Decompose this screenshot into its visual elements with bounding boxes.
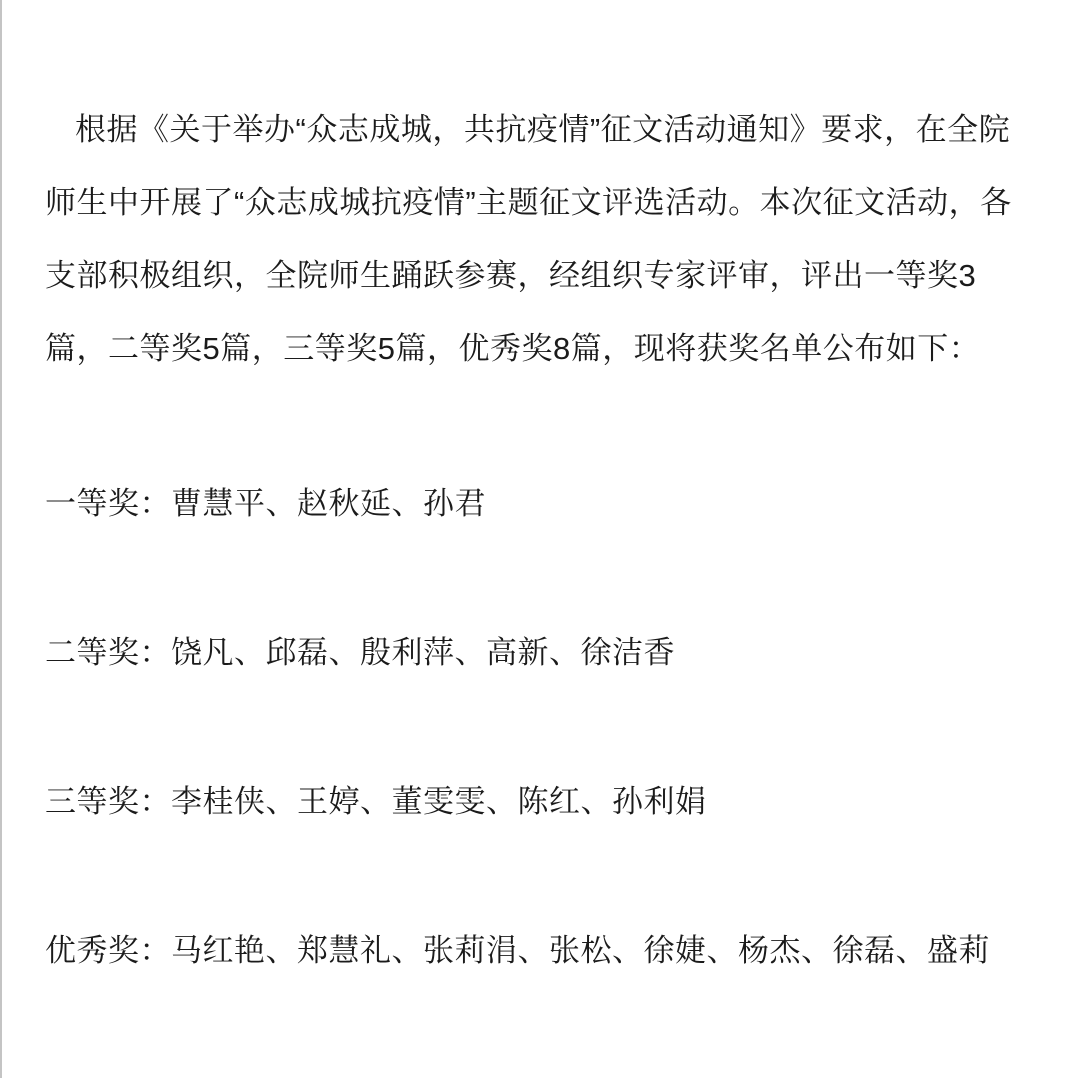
award-list: 一等奖：曹慧平、赵秋延、孙君 二等奖：饶凡、邱磊、殷利萍、高新、徐洁香 三等奖：… bbox=[45, 467, 1038, 987]
award-label-first-prize: 一等奖 bbox=[45, 486, 140, 521]
award-names-second-prize: 饶凡、邱磊、殷利萍、高新、徐洁香 bbox=[171, 635, 675, 670]
award-label-second-prize: 二等奖 bbox=[45, 635, 140, 670]
award-line-second-prize: 二等奖：饶凡、邱磊、殷利萍、高新、徐洁香 bbox=[45, 616, 1038, 689]
paragraph-line-3: 支部积极组织，全院师生踊跃参赛，经组织专家评审，评出一等奖3 bbox=[45, 239, 1038, 312]
award-line-excellence-prize: 优秀奖：马红艳、郑慧礼、张莉涓、张松、徐婕、杨杰、徐磊、盛莉 bbox=[45, 914, 1038, 987]
document-page: 根据《关于举办“众志成城，共抗疫情”征文活动通知》要求，在全院 师生中开展了“众… bbox=[0, 0, 1080, 1078]
notice-paragraph: 根据《关于举办“众志成城，共抗疫情”征文活动通知》要求，在全院 师生中开展了“众… bbox=[45, 93, 1038, 385]
document-content: 根据《关于举办“众志成城，共抗疫情”征文活动通知》要求，在全院 师生中开展了“众… bbox=[2, 0, 1080, 987]
award-label-third-prize: 三等奖 bbox=[45, 784, 140, 819]
award-names-first-prize: 曹慧平、赵秋延、孙君 bbox=[171, 486, 486, 521]
paragraph-line-4: 篇，二等奖5篇，三等奖5篇，优秀奖8篇，现将获奖名单公布如下： bbox=[45, 312, 1038, 385]
award-names-excellence-prize: 马红艳、郑慧礼、张莉涓、张松、徐婕、杨杰、徐磊、盛莉 bbox=[171, 933, 990, 968]
paragraph-line-2: 师生中开展了“众志成城抗疫情”主题征文评选活动。本次征文活动，各 bbox=[45, 166, 1038, 239]
award-colon: ： bbox=[140, 635, 172, 670]
paragraph-line-1: 根据《关于举办“众志成城，共抗疫情”征文活动通知》要求，在全院 bbox=[45, 93, 1038, 166]
award-line-third-prize: 三等奖：李桂侠、王婷、董雯雯、陈红、孙利娟 bbox=[45, 765, 1038, 838]
award-line-first-prize: 一等奖：曹慧平、赵秋延、孙君 bbox=[45, 467, 1038, 540]
award-label-excellence-prize: 优秀奖 bbox=[45, 933, 140, 968]
award-colon: ： bbox=[140, 486, 172, 521]
award-colon: ： bbox=[140, 933, 172, 968]
award-colon: ： bbox=[140, 784, 172, 819]
award-names-third-prize: 李桂侠、王婷、董雯雯、陈红、孙利娟 bbox=[171, 784, 707, 819]
